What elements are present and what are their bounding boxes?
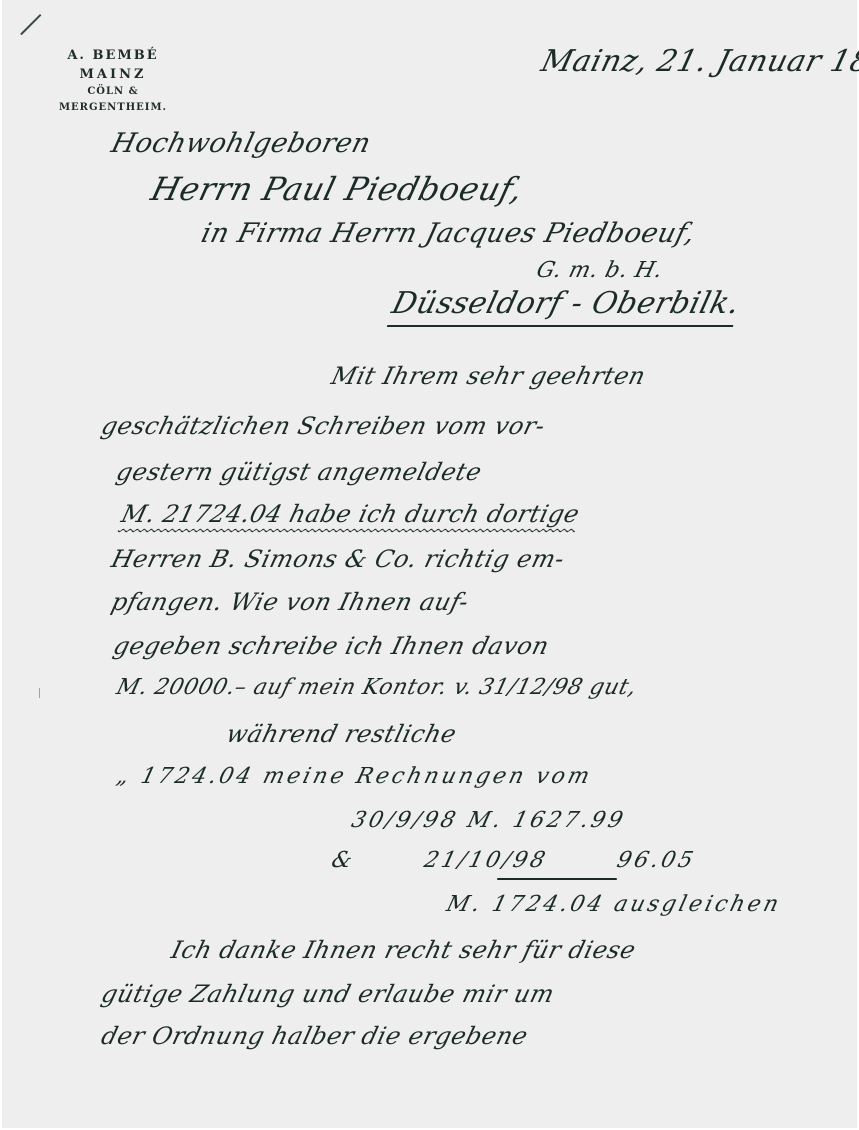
body-line-10: „ 1724.04 meine Rechnungen vom <box>114 764 595 789</box>
body-line-6: pfangen. Wie von Ihnen auf- <box>109 588 472 616</box>
body-line-8: M. 20000.– auf mein Kontor. v. 31/12/98 … <box>114 675 639 700</box>
body-line-1: Mit Ihrem sehr geehrten <box>329 362 649 390</box>
body-line-4: M. 21724.04 habe ich durch dortige <box>119 500 583 528</box>
company-branches: CÖLN & MERGENTHEIM. <box>38 84 188 116</box>
letter-page: A. BEMBÉ MAINZ CÖLN & MERGENTHEIM. Mainz… <box>2 0 857 1128</box>
body-line-9: während restliche <box>224 720 460 748</box>
body-line-11: 30/9/98 M. 1627.99 <box>349 808 629 833</box>
body-line-3: gestern gütigst angemeldete <box>114 458 485 486</box>
body-line-16: der Ordnung halber die ergebene <box>99 1022 531 1050</box>
body-line-13: M. 1724.04 ausgleichen <box>444 892 784 917</box>
body-line-12: & 21/10/98 96.05 <box>329 848 699 873</box>
pencil-mark <box>20 14 41 35</box>
body-line-15: gütige Zahlung und erlaube mir um <box>99 980 558 1008</box>
body-line-5: Herren B. Simons & Co. richtig em- <box>109 545 568 573</box>
address-company-form: G. m. b. H. <box>534 258 666 283</box>
company-city: MAINZ <box>38 65 188 84</box>
sum-underline <box>497 878 617 880</box>
letter-date: Mainz, 21. Januar 1899. <box>538 44 859 79</box>
body-line-2: geschätzlichen Schreiben vom vor- <box>99 412 549 440</box>
address-firm: in Firma Herrn Jacques Piedboeuf, <box>198 218 698 249</box>
address-salutation: Hochwohlgeboren <box>108 128 374 159</box>
company-name: A. BEMBÉ <box>38 46 188 65</box>
body-line-7: gegeben schreibe ich Ihnen davon <box>111 632 553 660</box>
address-recipient: Herrn Paul Piedboeuf, <box>147 170 527 208</box>
margin-mark <box>39 688 40 698</box>
letterhead: A. BEMBÉ MAINZ CÖLN & MERGENTHEIM. <box>38 46 188 116</box>
address-city: Düsseldorf - Oberbilk. <box>387 286 744 327</box>
body-line-14: Ich danke Ihnen recht sehr für diese <box>169 936 639 964</box>
